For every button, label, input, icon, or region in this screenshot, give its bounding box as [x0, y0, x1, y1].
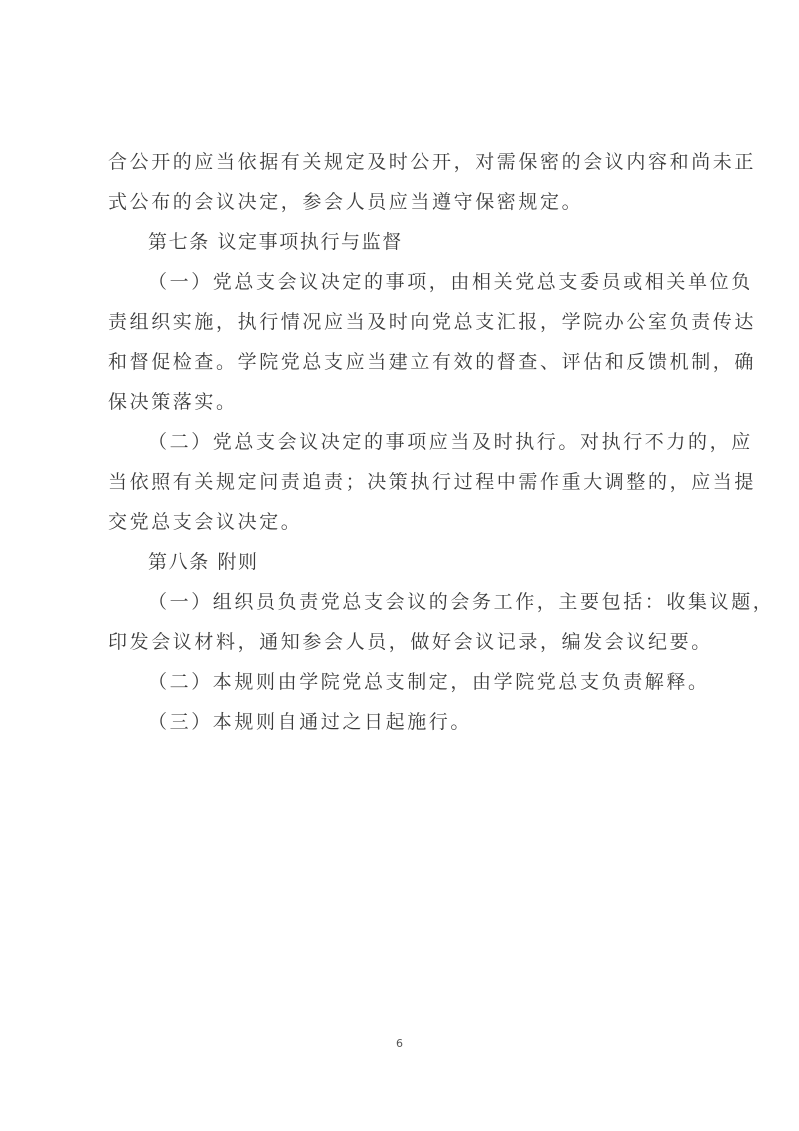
paragraph-line: 合公开的应当依据有关规定及时公开，对需保密的会议内容和尚未正 — [108, 142, 704, 182]
paragraph-line: 交党总支会议决定。 — [108, 502, 704, 542]
paragraph-line: 责组织实施，执行情况应当及时向党总支汇报，学院办公室负责传达 — [108, 302, 704, 342]
paragraph-line: 式公布的会议决定，参会人员应当遵守保密规定。 — [108, 182, 704, 222]
paragraph-line: （一）党总支会议决定的事项，由相关党总支委员或相关单位负 — [108, 262, 704, 302]
paragraph-line: （一）组织员负责党总支会议的会务工作，主要包括：收集议题， — [108, 582, 704, 622]
section-heading-article-7: 第七条 议定事项执行与监督 — [108, 222, 704, 262]
paragraph-line: （二）本规则由学院党总支制定，由学院党总支负责解释。 — [108, 662, 704, 702]
page-number: 6 — [0, 1037, 799, 1050]
paragraph-line: 印发会议材料，通知参会人员，做好会议记录，编发会议纪要。 — [108, 622, 704, 662]
paragraph-line: 当依照有关规定问责追责；决策执行过程中需作重大调整的，应当提 — [108, 462, 704, 502]
paragraph-line: 保决策落实。 — [108, 382, 704, 422]
section-heading-article-8: 第八条 附则 — [108, 542, 704, 582]
paragraph-line: 和督促检查。学院党总支应当建立有效的督查、评估和反馈机制，确 — [108, 342, 704, 382]
document-page: 合公开的应当依据有关规定及时公开，对需保密的会议内容和尚未正 式公布的会议决定，… — [0, 0, 799, 1131]
paragraph-line: （三）本规则自通过之日起施行。 — [108, 702, 704, 742]
document-body: 合公开的应当依据有关规定及时公开，对需保密的会议内容和尚未正 式公布的会议决定，… — [108, 142, 704, 742]
paragraph-line: （二）党总支会议决定的事项应当及时执行。对执行不力的，应 — [108, 422, 704, 462]
